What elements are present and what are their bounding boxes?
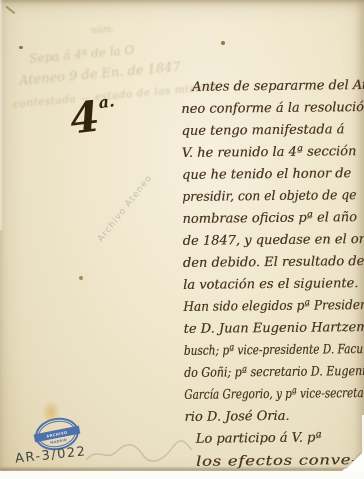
letter-line: la votación es el siguiente.	[183, 273, 361, 297]
paper-top-edge	[0, 0, 364, 4]
letter-line: de 1847, y quedase en el or-	[183, 229, 361, 253]
letter-line: do Goñi; pª secretario D. Eugenio	[184, 361, 336, 385]
letter-line: den debido. El resultado de	[183, 251, 361, 275]
ink-speck	[221, 41, 225, 45]
letter-line: Han sido elegidos pª Presiden-	[183, 295, 349, 319]
letter-body: Antes de separarme del Ate- neo conforme…	[181, 75, 363, 473]
ink-speck	[19, 46, 23, 49]
scan-background-strip	[0, 471, 364, 479]
letter-line: Antes de separarme del Ate-	[192, 75, 359, 99]
pencil-ghost-squiggle	[84, 436, 194, 466]
letter-line: que he tenido el honor de	[182, 163, 360, 187]
letter-line: presidir, con el objeto de qe	[182, 185, 351, 209]
section-number-mark: 4a.	[68, 93, 119, 140]
letter-line: busch; pª vice-presidente D. Facun-	[184, 339, 328, 363]
section-ordinal: a.	[97, 91, 115, 112]
letter-line: Lo participo á V. pª	[196, 427, 363, 451]
letter-line: neo conforme á la resolución	[181, 97, 359, 121]
letter-line: García Gregorio, y pª vice-secreta-	[184, 383, 327, 406]
paper-stain	[42, 400, 60, 424]
letter-line: V. he reunido la 4ª sección	[182, 141, 360, 165]
manuscript-scan: núm. Sepa á 4ª de la O Ateneo 9 de En. d…	[0, 0, 364, 479]
letter-line: rio D. José Oria.	[184, 405, 362, 429]
letter-line: te D. Juan Eugenio Hartzem-	[183, 317, 361, 341]
stamp-bottom-label: MADRID	[50, 438, 67, 445]
letter-line: que tengo manifestada á	[181, 119, 359, 143]
letter-line: nombrase oficios pª el año	[182, 207, 360, 231]
paper-left-edge	[0, 0, 3, 230]
section-number: 4	[67, 91, 102, 143]
folded-corner-crease	[344, 453, 362, 469]
ink-speck	[79, 276, 83, 280]
